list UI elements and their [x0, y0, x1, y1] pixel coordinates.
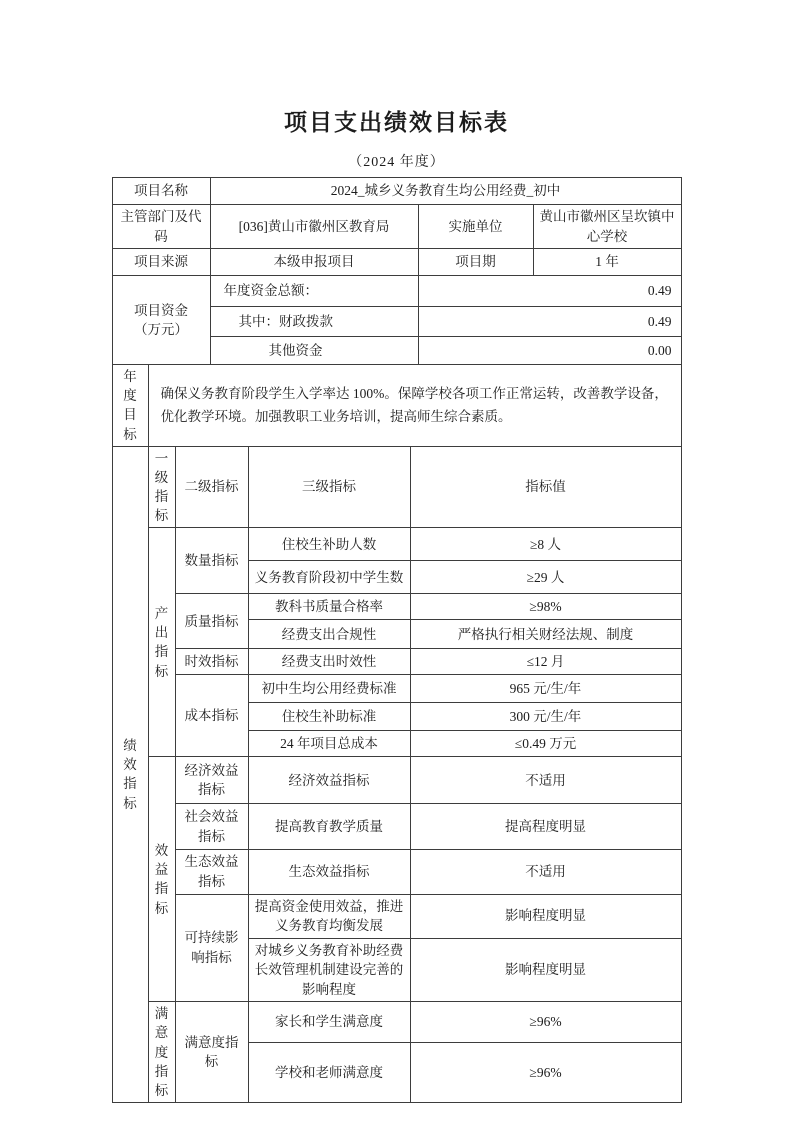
indicator-value: ≥98% — [410, 594, 681, 620]
level2-timeliness: 时效指标 — [175, 649, 248, 675]
table-row: 项目名称 2024_城乡义务教育生均公用经费_初中 — [112, 178, 681, 205]
level1-benefit-cell: 效益指标 — [148, 757, 175, 1002]
indicator-value: ≥96% — [410, 1002, 681, 1042]
level1-satisfaction-label: 满意度指标 — [155, 1004, 169, 1100]
indicator-name: 经济效益指标 — [248, 757, 410, 804]
table-row: 可持续影响指标 提高资金使用效益，推进义务教育均衡发展 影响程度明显 — [112, 894, 681, 938]
indicator-value: ≥29 人 — [410, 561, 681, 594]
level2-quantity: 数量指标 — [175, 528, 248, 594]
table-row: 成本指标 初中生均公用经费标准 965 元/生/年 — [112, 675, 681, 703]
table-row: 绩效指标 一级指标 二级指标 三级指标 指标值 — [112, 446, 681, 528]
funds-other-value: 0.00 — [418, 337, 681, 365]
table-row: 满意度指标 满意度指标 家长和学生满意度 ≥96% — [112, 1002, 681, 1042]
indicator-name: 提高教育教学质量 — [248, 804, 410, 850]
period-label: 项目期 — [418, 249, 533, 276]
indicators-side-label-cell: 绩效指标 — [112, 446, 148, 1102]
indicator-name: 经费支出合规性 — [248, 620, 410, 649]
indicators-table: 绩效指标 一级指标 二级指标 三级指标 指标值 产出指标 数量指标 住校生补助人… — [112, 446, 682, 1103]
level2-quality: 质量指标 — [175, 594, 248, 649]
indicator-name: 学校和老师满意度 — [248, 1042, 410, 1102]
table-row: 项目来源 本级申报项目 项目期 1 年 — [112, 249, 681, 276]
annual-goal-table: 年度目标 确保义务教育阶段学生入学率达 100%。保障学校各项工作正常运转，改善… — [112, 364, 682, 447]
indicator-value: 965 元/生/年 — [410, 675, 681, 703]
impl-unit-label: 实施单位 — [418, 205, 533, 249]
indicator-name: 24 年项目总成本 — [248, 731, 410, 757]
indicator-value: 提高程度明显 — [410, 804, 681, 850]
table-row: 产出指标 数量指标 住校生补助人数 ≥8 人 — [112, 528, 681, 561]
indicator-value: 不适用 — [410, 850, 681, 894]
header-level2: 二级指标 — [175, 446, 248, 528]
table-row: 生态效益指标 生态效益指标 不适用 — [112, 850, 681, 894]
table-row: 质量指标 教科书质量合格率 ≥98% — [112, 594, 681, 620]
table-row: 主管部门及代码 [036]黄山市徽州区教育局 实施单位 黄山市徽州区呈坎镇中心学… — [112, 205, 681, 249]
level1-benefit-label: 效益指标 — [155, 841, 169, 918]
indicator-value: ≤0.49 万元 — [410, 731, 681, 757]
funds-fiscal-label: 其中：财政拨款 — [210, 307, 418, 337]
table-row: 社会效益指标 提高教育教学质量 提高程度明显 — [112, 804, 681, 850]
indicator-value: 影响程度明显 — [410, 894, 681, 938]
funds-fiscal-value: 0.49 — [418, 307, 681, 337]
level2-social: 社会效益指标 — [175, 804, 248, 850]
project-info-table: 项目名称 2024_城乡义务教育生均公用经费_初中 主管部门及代码 [036]黄… — [112, 177, 682, 365]
impl-unit-value: 黄山市徽州区呈坎镇中心学校 — [533, 205, 681, 249]
indicator-value: ≥8 人 — [410, 528, 681, 561]
indicator-name: 生态效益指标 — [248, 850, 410, 894]
level2-ecological: 生态效益指标 — [175, 850, 248, 894]
indicator-name: 提高资金使用效益，推进义务教育均衡发展 — [248, 894, 410, 938]
header-level3: 三级指标 — [248, 446, 410, 528]
dept-label: 主管部门及代码 — [112, 205, 210, 249]
annual-goal-label: 年度目标 — [123, 367, 137, 444]
page-title: 项目支出绩效目标表 — [0, 104, 793, 137]
level2-satisfaction: 满意度指标 — [175, 1002, 248, 1103]
source-label: 项目来源 — [112, 249, 210, 276]
level1-satisfaction-cell: 满意度指标 — [148, 1002, 175, 1103]
indicator-name: 对城乡义务教育补助经费长效管理机制建设完善的影响程度 — [248, 938, 410, 1002]
level2-sustainable: 可持续影响指标 — [175, 894, 248, 1002]
project-name-value: 2024_城乡义务教育生均公用经费_初中 — [210, 178, 681, 205]
header-value: 指标值 — [410, 446, 681, 528]
annual-goal-content: 确保义务教育阶段学生入学率达 100%。保障学校各项工作正常运转，改善教学设备，… — [148, 365, 681, 447]
level1-output-cell: 产出指标 — [148, 528, 175, 757]
table-row: 效益指标 经济效益指标 经济效益指标 不适用 — [112, 757, 681, 804]
indicator-name: 住校生补助人数 — [248, 528, 410, 561]
document-page: 项目支出绩效目标表 （2024 年度） 项目名称 2024_城乡义务教育生均公用… — [0, 0, 793, 1122]
funds-label: 项目资金 （万元） — [112, 276, 210, 365]
indicator-name: 家长和学生满意度 — [248, 1002, 410, 1042]
indicator-value: 不适用 — [410, 757, 681, 804]
dept-value: [036]黄山市徽州区教育局 — [210, 205, 418, 249]
indicator-value: ≤12 月 — [410, 649, 681, 675]
level2-cost: 成本指标 — [175, 675, 248, 757]
annual-goal-label-cell: 年度目标 — [112, 365, 148, 447]
project-name-label: 项目名称 — [112, 178, 210, 205]
indicator-name: 初中生均公用经费标准 — [248, 675, 410, 703]
level2-economic: 经济效益指标 — [175, 757, 248, 804]
indicator-value: 严格执行相关财经法规、制度 — [410, 620, 681, 649]
level1-output-label: 产出指标 — [155, 604, 169, 681]
indicator-name: 住校生补助标准 — [248, 703, 410, 731]
header-level1-cell: 一级指标 — [148, 446, 175, 528]
period-value: 1 年 — [533, 249, 681, 276]
page-subtitle: （2024 年度） — [0, 151, 793, 171]
table-row: 项目资金 （万元） 年度资金总额： 0.49 — [112, 276, 681, 307]
indicators-side-label: 绩效指标 — [123, 736, 137, 813]
indicator-value: 300 元/生/年 — [410, 703, 681, 731]
indicator-name: 经费支出时效性 — [248, 649, 410, 675]
indicator-value: 影响程度明显 — [410, 938, 681, 1002]
table-row: 时效指标 经费支出时效性 ≤12 月 — [112, 649, 681, 675]
indicator-name: 教科书质量合格率 — [248, 594, 410, 620]
table-row: 年度目标 确保义务教育阶段学生入学率达 100%。保障学校各项工作正常运转，改善… — [112, 365, 681, 447]
indicator-value: ≥96% — [410, 1042, 681, 1102]
source-value: 本级申报项目 — [210, 249, 418, 276]
indicator-name: 义务教育阶段初中学生数 — [248, 561, 410, 594]
funds-total-value: 0.49 — [418, 276, 681, 307]
header-level1: 一级指标 — [155, 449, 169, 526]
funds-total-label: 年度资金总额： — [210, 276, 418, 307]
funds-other-label: 其他资金 — [210, 337, 418, 365]
